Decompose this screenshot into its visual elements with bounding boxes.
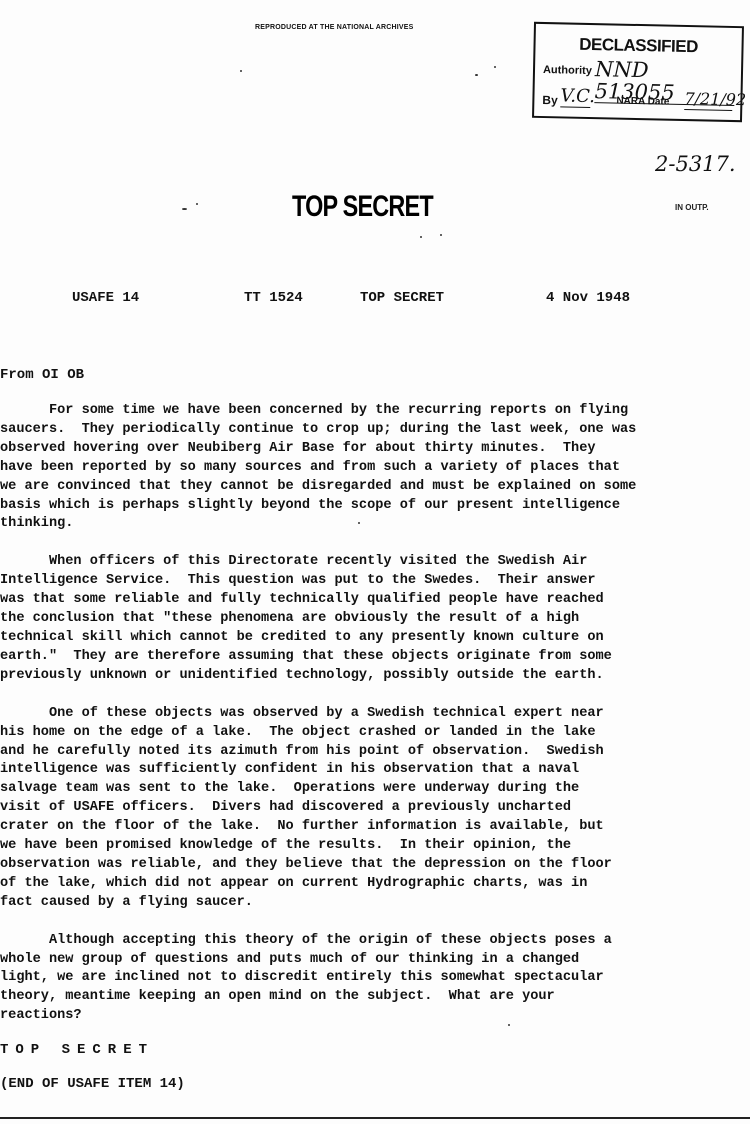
stamp-title: DECLASSIFIED xyxy=(535,34,741,58)
scan-speck xyxy=(196,203,198,205)
paragraph-4: Although accepting this theory of the or… xyxy=(0,932,750,1027)
handwritten-number: 2-5317. xyxy=(655,152,736,176)
scan-speck xyxy=(440,234,442,236)
stamp-nara-date-label: NARA Date xyxy=(616,96,669,108)
stamp-date-value: 7/21/92 xyxy=(684,89,732,111)
message-body: For some time we have been concerned by … xyxy=(0,402,750,1026)
stamp-authority-label: Authority xyxy=(543,64,592,77)
from-line: From OI OB xyxy=(0,367,84,383)
scan-speck xyxy=(182,208,187,210)
message-date: 4 Nov 1948 xyxy=(546,290,630,306)
scan-speck xyxy=(420,236,422,238)
footer-classification: TOP SECRET xyxy=(0,1042,154,1058)
scan-speck xyxy=(508,1024,510,1026)
item-id: USAFE 14 xyxy=(72,290,139,306)
meta-classification: TOP SECRET xyxy=(360,290,444,306)
document-page: REPRODUCED AT THE NATIONAL ARCHIVES DECL… xyxy=(0,0,750,1124)
small-mark: IN OUTP. xyxy=(675,203,709,212)
declassified-stamp: DECLASSIFIED Authority NND 513055 By V.C… xyxy=(532,22,744,122)
paragraph-1: For some time we have been concerned by … xyxy=(0,402,750,534)
scan-speck xyxy=(358,522,360,524)
end-note: (END OF USAFE ITEM 14) xyxy=(0,1076,185,1092)
stamp-by-value: V.C. xyxy=(560,86,590,108)
scan-speck xyxy=(475,74,478,76)
stamp-by-label: By xyxy=(542,93,558,107)
classification-header: TOP SECRET xyxy=(292,190,433,224)
reproduced-notice: REPRODUCED AT THE NATIONAL ARCHIVES xyxy=(255,24,414,31)
paragraph-2: When officers of this Directorate recent… xyxy=(0,553,750,685)
scan-speck xyxy=(240,70,242,72)
tt-number: TT 1524 xyxy=(244,290,303,306)
scan-speck xyxy=(494,66,496,68)
bottom-rule xyxy=(0,1117,750,1119)
paragraph-3: One of these objects was observed by a S… xyxy=(0,705,750,913)
